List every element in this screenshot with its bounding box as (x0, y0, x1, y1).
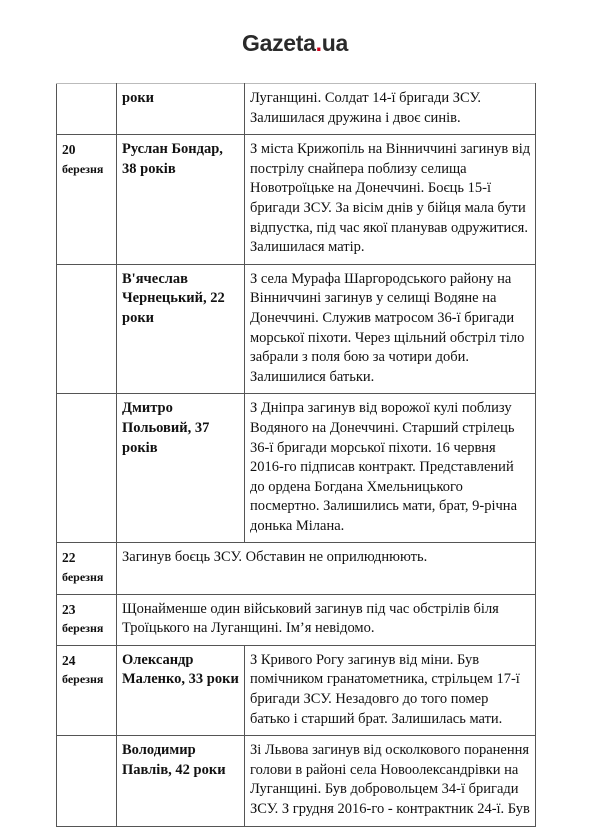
table-row: 23березня Щонайменше один військовий заг… (57, 594, 536, 645)
description-cell: З села Мурафа Шаргородського району на В… (245, 264, 536, 394)
merged-description-cell: Загинув боєць ЗСУ. Обставин не оприлюдню… (117, 543, 536, 594)
name-cell: Руслан Бондар, 38 років (117, 135, 245, 265)
name-cell: Володимир Павлів, 42 роки (117, 736, 245, 826)
date-cell (57, 736, 117, 826)
description-cell: З Кривого Рогу загинув від міни. Був пом… (245, 645, 536, 735)
description-cell: З міста Крижопіль на Вінниччині загинув … (245, 135, 536, 265)
date-day: 24 (62, 651, 112, 671)
description-cell: Зі Львова загинув від осколкового поране… (245, 736, 536, 826)
table-row: роки Луганщині. Солдат 14-ї бригади ЗСУ.… (57, 84, 536, 135)
date-cell: 23березня (57, 594, 117, 645)
logo-name: Gazeta (242, 30, 316, 56)
date-cell: 20березня (57, 135, 117, 265)
table-row: В'ячеслав Чернецький, 22 роки З села Мур… (57, 264, 536, 394)
gazeta-logo[interactable]: Gazeta.ua (0, 30, 590, 57)
date-month: березня (62, 568, 112, 588)
table-row: Володимир Павлів, 42 роки Зі Львова заги… (57, 736, 536, 826)
date-cell (57, 84, 117, 135)
merged-description-cell: Щонайменше один військовий загинув під ч… (117, 594, 536, 645)
date-cell (57, 394, 117, 543)
table-row: 24березня Олександр Маленко, 33 роки З К… (57, 645, 536, 735)
name-cell: роки (117, 84, 245, 135)
table-row: 20березня Руслан Бондар, 38 років З міст… (57, 135, 536, 265)
description-cell: З Дніпра загинув від ворожої кулі поблиз… (245, 394, 536, 543)
casualties-table: роки Луганщині. Солдат 14-ї бригади ЗСУ.… (56, 83, 536, 827)
date-day: 22 (62, 548, 112, 568)
date-month: березня (62, 160, 112, 180)
date-day: 23 (62, 600, 112, 620)
date-cell (57, 264, 117, 394)
date-cell: 22березня (57, 543, 117, 594)
name-cell: Дмитро Польовий, 37 років (117, 394, 245, 543)
name-cell: В'ячеслав Чернецький, 22 роки (117, 264, 245, 394)
date-month: березня (62, 670, 112, 690)
date-cell: 24березня (57, 645, 117, 735)
table-row: Дмитро Польовий, 37 років З Дніпра загин… (57, 394, 536, 543)
name-cell: Олександр Маленко, 33 роки (117, 645, 245, 735)
table-row: 22березня Загинув боєць ЗСУ. Обставин не… (57, 543, 536, 594)
description-cell: Луганщині. Солдат 14-ї бригади ЗСУ. Зали… (245, 84, 536, 135)
date-month: березня (62, 619, 112, 639)
date-day: 20 (62, 140, 112, 160)
logo-tld: ua (322, 30, 348, 56)
